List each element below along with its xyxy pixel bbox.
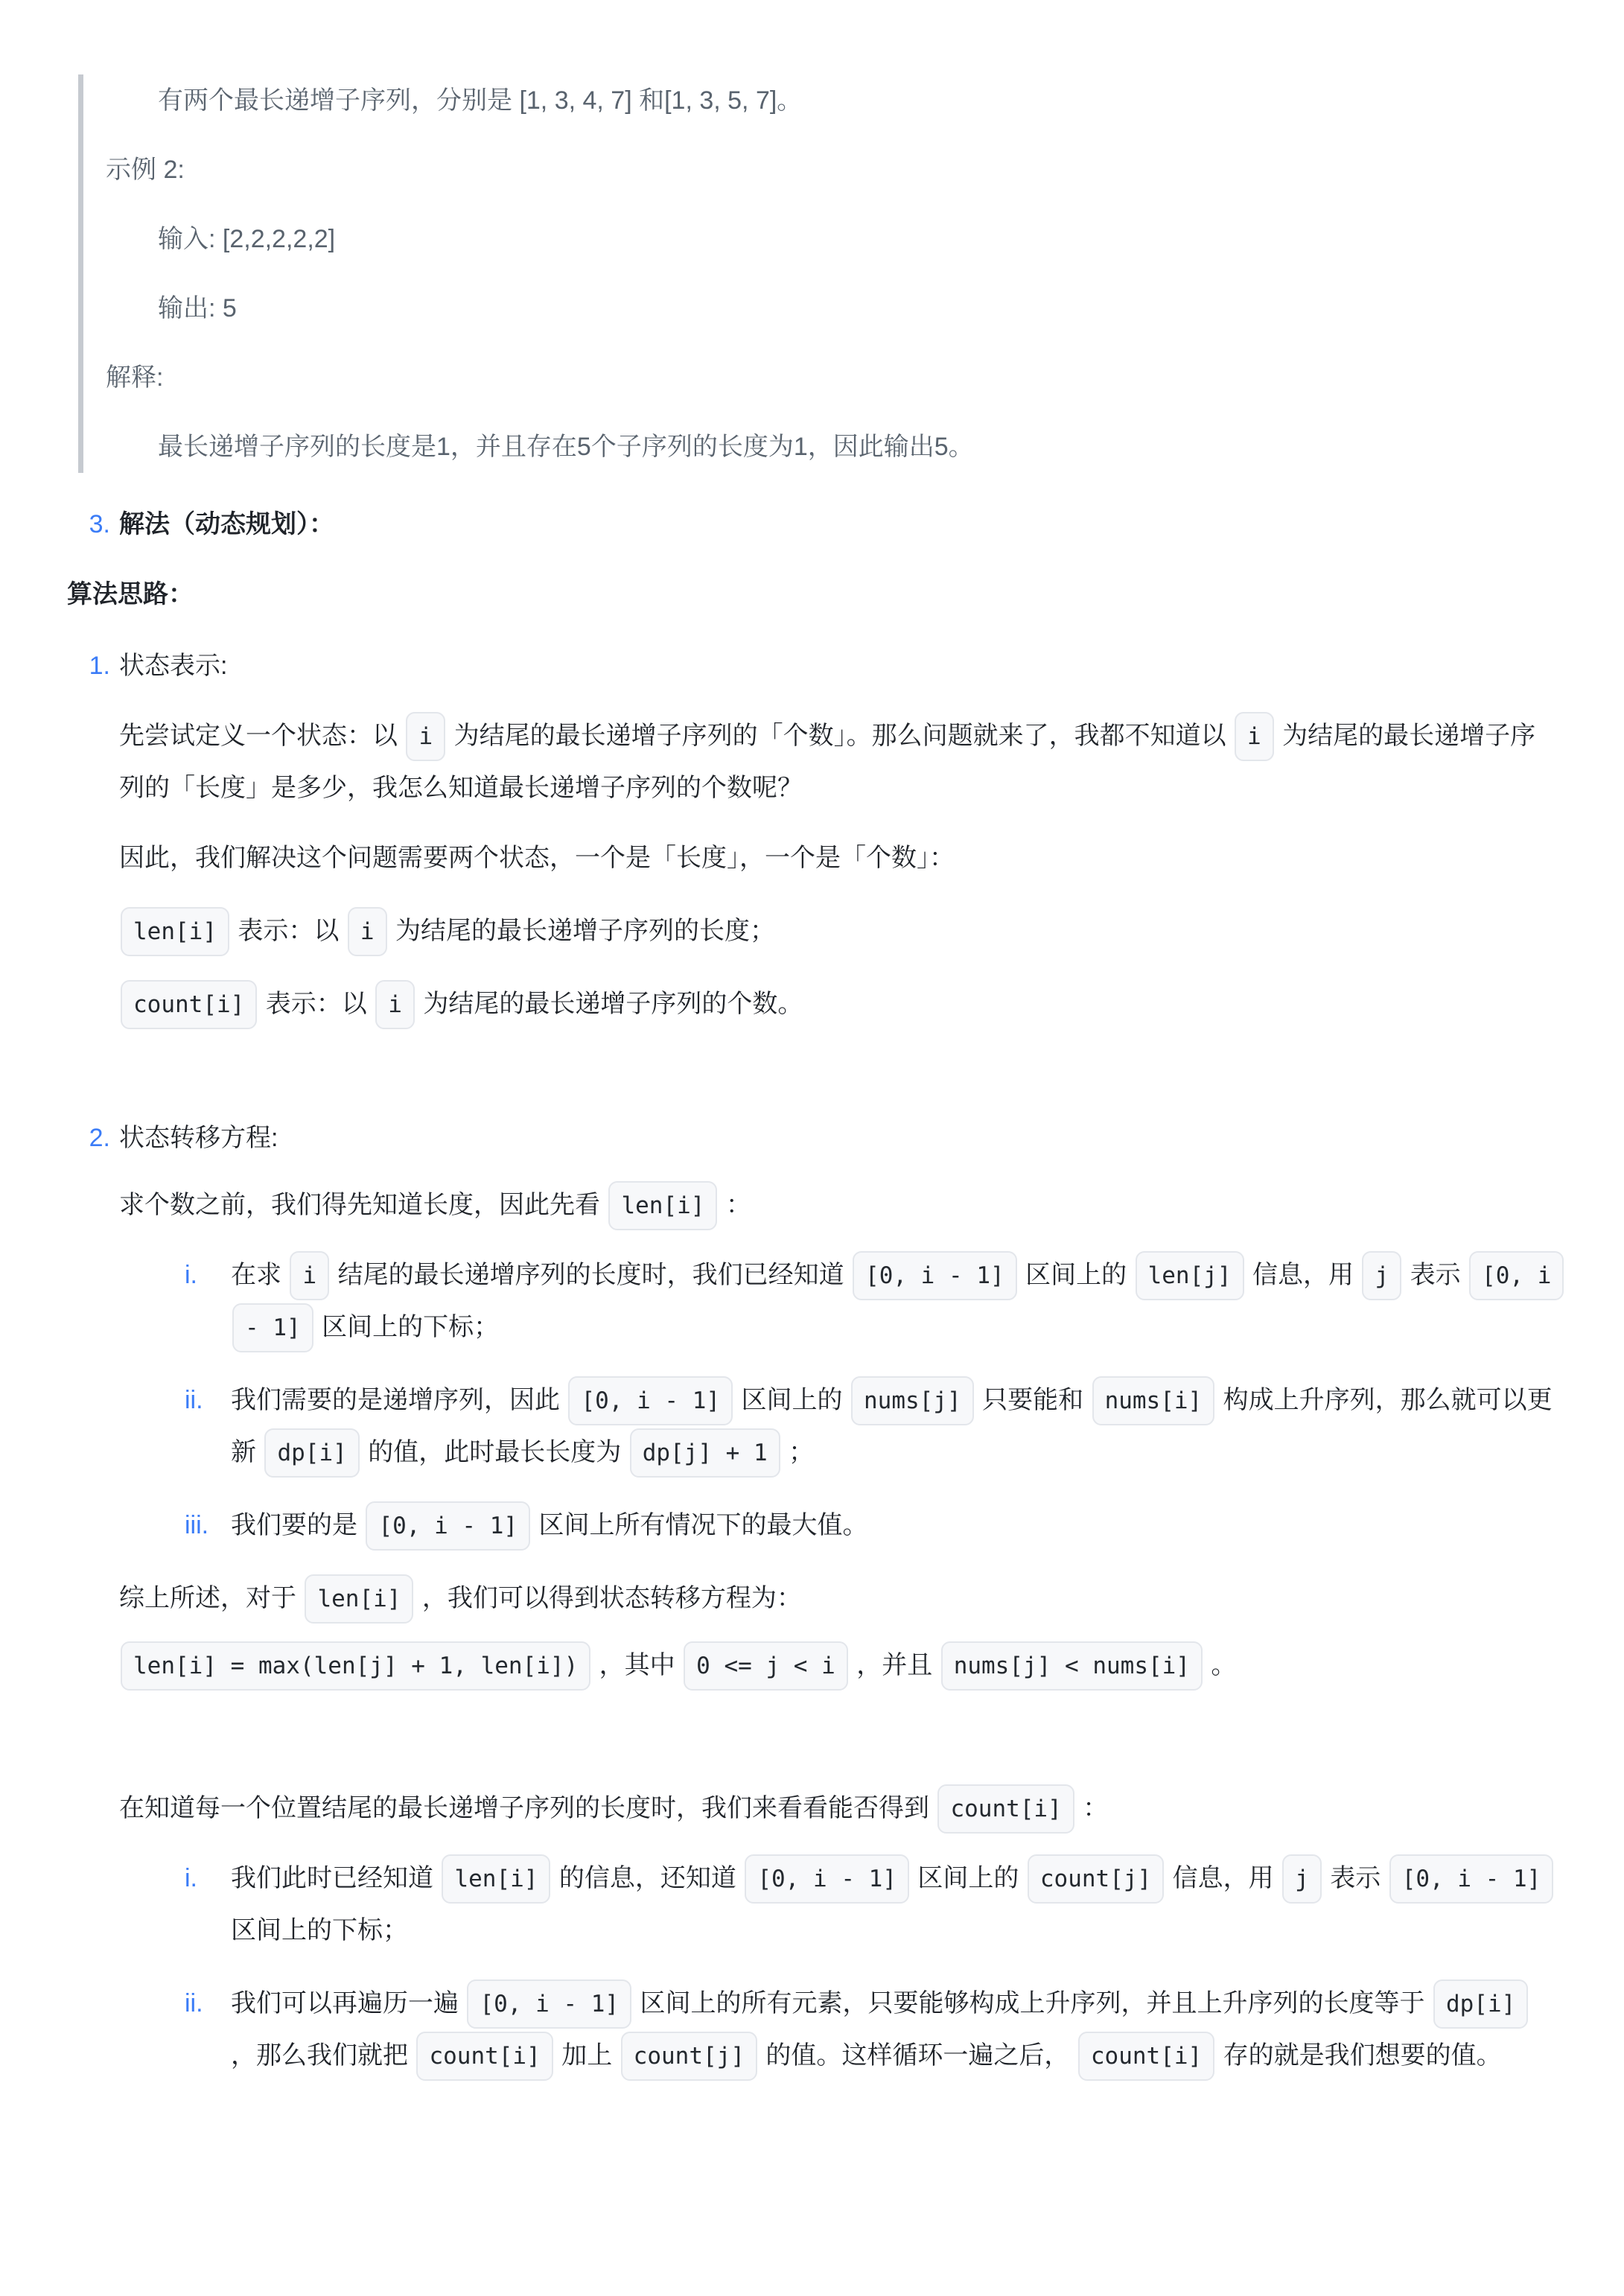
paragraph: 我们要的是 [0, i - 1] 区间上所有情况下的最大值。 <box>231 1499 1560 1551</box>
inline-code: [0, i - 1] <box>467 1979 631 2029</box>
inline-code: i <box>290 1251 329 1300</box>
list-item-title: 状态表示: <box>119 640 1560 692</box>
list-item-title: 状态转移方程: <box>119 1112 1560 1164</box>
paragraph: 我们可以再遍历一遍 [0, i - 1] 区间上的所有元素，只要能够构成上升序列… <box>231 1977 1560 2082</box>
inline-code: count[i] <box>121 980 257 1029</box>
inline-code: count[i] <box>1078 2032 1214 2081</box>
paragraph: count[i] 表示：以 i 为结尾的最长递增子序列的个数。 <box>119 978 1560 1030</box>
roman-sublist: i. 在求 i 结尾的最长递增序列的长度时，我们已经知道 [0, i - 1] … <box>119 1249 1560 1551</box>
list-item-solution: 3. 解法（动态规划）： <box>67 498 1560 550</box>
example-blockquote: 有两个最长递增子序列，分别是 [1, 3, 4, 7] 和[1, 3, 5, 7… <box>78 74 1560 473</box>
inline-code: [0, i - 1] <box>745 1854 909 1904</box>
inline-code: nums[i] <box>1092 1376 1215 1425</box>
inline-code: [0, i - 1] <box>568 1376 733 1425</box>
inline-code: count[j] <box>1028 1854 1164 1904</box>
roman-sublist: i. 我们此时已经知道 len[i] 的信息，还知道 [0, i - 1] 区间… <box>119 1852 1560 2082</box>
blockquote-line: 示例 2: <box>106 144 1560 196</box>
paragraph: 求个数之前，我们得先知道长度，因此先看 len[i] ： <box>119 1179 1560 1231</box>
inline-code: nums[j] < nums[i] <box>941 1641 1203 1691</box>
sublist-marker: i. <box>185 1852 197 1904</box>
inline-code: j <box>1282 1854 1322 1904</box>
paragraph: 在知道每一个位置结尾的最长递增子序列的长度时，我们来看看能否得到 count[i… <box>119 1782 1560 1834</box>
inline-code: count[i] <box>416 2032 553 2081</box>
inline-code: nums[j] <box>851 1376 974 1425</box>
sublist-item: ii. 我们需要的是递增序列，因此 [0, i - 1] 区间上的 nums[j… <box>119 1374 1560 1478</box>
inline-code: i <box>348 907 387 956</box>
inline-code: j <box>1362 1251 1401 1300</box>
inline-code: len[i] <box>305 1574 413 1624</box>
list-marker: 2. <box>67 1112 110 1164</box>
inline-code: len[j] <box>1136 1251 1244 1300</box>
inline-code: len[i] <box>442 1854 550 1904</box>
list-item-state-representation: 1. 状态表示: 先尝试定义一个状态：以 i 为结尾的最长递增子序列的「个数」。… <box>67 640 1560 1030</box>
sublist-marker: ii. <box>185 1374 203 1426</box>
blockquote-line: 有两个最长递增子序列，分别是 [1, 3, 4, 7] 和[1, 3, 5, 7… <box>106 74 1560 127</box>
blockquote-line: 输入: [2,2,2,2,2] <box>106 213 1560 265</box>
algorithm-heading: 算法思路： <box>67 568 1560 620</box>
paragraph: 我们此时已经知道 len[i] 的信息，还知道 [0, i - 1] 区间上的 … <box>231 1852 1560 1956</box>
inline-code: len[i] <box>608 1181 717 1230</box>
vertical-gap <box>119 1691 1560 1782</box>
paragraph: 先尝试定义一个状态：以 i 为结尾的最长递增子序列的「个数」。那么问题就来了，我… <box>119 710 1560 814</box>
inline-code: [0, i - 1] <box>1389 1854 1554 1904</box>
inline-code: i <box>1235 712 1274 761</box>
sublist-marker: iii. <box>185 1499 208 1551</box>
sublist-item: i. 我们此时已经知道 len[i] 的信息，还知道 [0, i - 1] 区间… <box>119 1852 1560 1956</box>
inline-code: len[i] = max(len[j] + 1, len[i]) <box>121 1641 590 1691</box>
inline-code: i <box>375 980 415 1029</box>
inline-code: count[j] <box>621 2032 757 2081</box>
blockquote-line: 解释: <box>106 352 1560 404</box>
solution-heading: 解法（动态规划）： <box>119 498 1560 550</box>
sublist-item: ii. 我们可以再遍历一遍 [0, i - 1] 区间上的所有元素，只要能够构成… <box>119 1977 1560 2082</box>
document-page: 有两个最长递增子序列，分别是 [1, 3, 4, 7] 和[1, 3, 5, 7… <box>0 0 1624 2296</box>
inline-code: len[i] <box>121 907 229 956</box>
equation-paragraph: len[i] = max(len[j] + 1, len[i]) ，其中 0 <… <box>119 1639 1560 1691</box>
list-marker: 1. <box>67 640 110 692</box>
paragraph: 在求 i 结尾的最长递增序列的长度时，我们已经知道 [0, i - 1] 区间上… <box>231 1249 1560 1353</box>
sublist-item: i. 在求 i 结尾的最长递增序列的长度时，我们已经知道 [0, i - 1] … <box>119 1249 1560 1353</box>
blockquote-line: 最长递增子序列的长度是1，并且存在5个子序列的长度为1，因此输出5。 <box>106 421 1560 473</box>
paragraph: len[i] 表示：以 i 为结尾的最长递增子序列的长度； <box>119 905 1560 957</box>
inline-code: dp[i] <box>1433 1979 1528 2029</box>
list-item-transition-equation: 2. 状态转移方程: 求个数之前，我们得先知道长度，因此先看 len[i] ： … <box>67 1112 1560 2082</box>
inline-code: i <box>406 712 445 761</box>
inline-code: [0, i - 1] <box>853 1251 1017 1300</box>
inline-code: [0, i - 1] <box>366 1501 530 1551</box>
paragraph: 因此，我们解决这个问题需要两个状态，一个是「长度」，一个是「个数」： <box>119 832 1560 884</box>
sublist-marker: i. <box>185 1249 197 1301</box>
sublist-marker: ii. <box>185 1977 203 2029</box>
inline-code: 0 <= j < i <box>684 1641 848 1691</box>
blockquote-line: 输出: 5 <box>106 282 1560 334</box>
inline-code: count[i] <box>937 1784 1074 1834</box>
inline-code: dp[i] <box>264 1428 359 1478</box>
list-marker: 3. <box>67 498 110 550</box>
paragraph: 综上所述，对于 len[i] ，我们可以得到状态转移方程为： <box>119 1572 1560 1624</box>
paragraph: 我们需要的是递增序列，因此 [0, i - 1] 区间上的 nums[j] 只要… <box>231 1374 1560 1478</box>
sublist-item: iii. 我们要的是 [0, i - 1] 区间上所有情况下的最大值。 <box>119 1499 1560 1551</box>
inline-code: dp[j] + 1 <box>630 1428 780 1478</box>
